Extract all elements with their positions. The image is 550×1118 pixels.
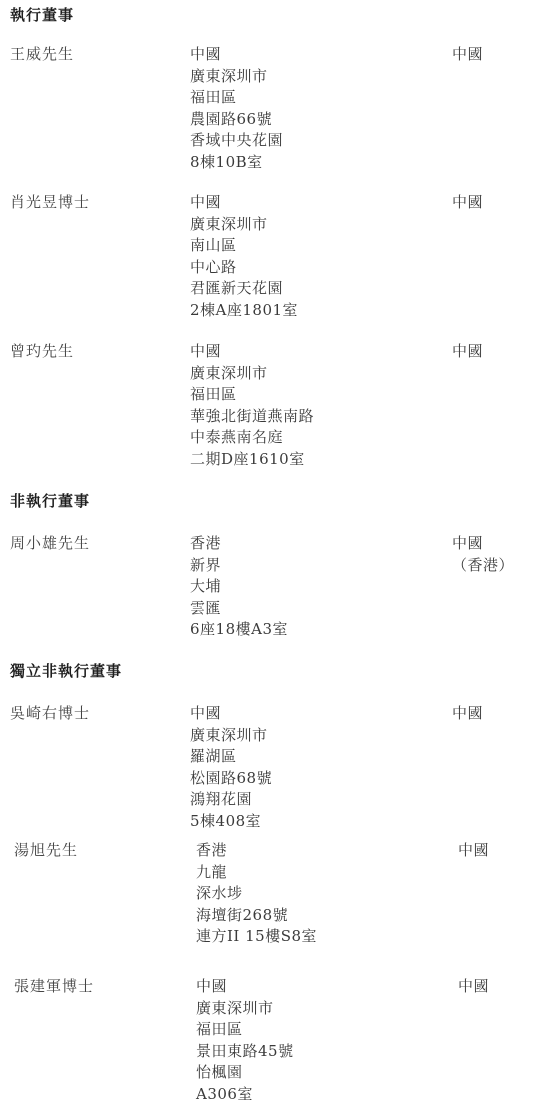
nationality-line: 中國 xyxy=(452,44,483,66)
address-line: 2棟A座1801室 xyxy=(190,300,298,322)
director-nationality: 中國 xyxy=(452,703,483,725)
address-line: 羅湖區 xyxy=(190,746,272,768)
director-nationality: 中國 xyxy=(452,44,483,66)
address-line: 香港 xyxy=(196,840,317,862)
director-name: 張建軍博士 xyxy=(14,976,94,998)
director-nationality: 中國 （香港） xyxy=(452,533,514,576)
director-name: 吳崎右博士 xyxy=(10,703,90,725)
address-line: 中國 xyxy=(190,192,298,214)
director-address: 中國 廣東深圳市 福田區 景田東路45號 怡楓園 A306室 xyxy=(196,976,294,1105)
address-line: 深水埗 xyxy=(196,883,317,905)
director-address: 中國 廣東深圳市 羅湖區 松園路68號 鴻翔花園 5棟408室 xyxy=(190,703,272,832)
address-line: 6座18樓A3室 xyxy=(190,619,288,641)
director-nationality: 中國 xyxy=(458,976,489,998)
director-name: 湯旭先生 xyxy=(14,840,78,862)
nationality-line: 中國 xyxy=(458,976,489,998)
address-line: 中國 xyxy=(196,976,294,998)
address-line: 中泰燕南名庭 xyxy=(190,427,314,449)
address-line: 8棟10B室 xyxy=(190,152,283,174)
address-line: 大埔 xyxy=(190,576,288,598)
director-address: 香港 九龍 深水埗 海壇街268號 連方II 15樓S8室 xyxy=(196,840,317,948)
address-line: 南山區 xyxy=(190,235,298,257)
address-line: 中心路 xyxy=(190,257,298,279)
director-name: 曾玓先生 xyxy=(10,341,74,363)
director-nationality: 中國 xyxy=(452,341,483,363)
address-line: 廣東深圳市 xyxy=(190,363,314,385)
address-line: 中國 xyxy=(190,341,314,363)
address-line: 中國 xyxy=(190,44,283,66)
directors-address-document: 執行董事 王威先生 中國 廣東深圳市 福田區 農園路66號 香域中央花園 8棟1… xyxy=(0,0,550,1118)
nationality-line: 中國 xyxy=(458,840,489,862)
nationality-line: 中國 xyxy=(452,703,483,725)
address-line: 廣東深圳市 xyxy=(190,214,298,236)
nationality-line: 中國 xyxy=(452,341,483,363)
director-name: 周小雄先生 xyxy=(10,533,90,555)
director-address: 中國 廣東深圳市 福田區 農園路66號 香域中央花園 8棟10B室 xyxy=(190,44,283,173)
address-line: 景田東路45號 xyxy=(196,1041,294,1063)
address-line: 君匯新天花園 xyxy=(190,278,298,300)
address-line: 廣東深圳市 xyxy=(190,725,272,747)
director-name: 王威先生 xyxy=(10,44,74,66)
address-line: 福田區 xyxy=(196,1019,294,1041)
director-nationality: 中國 xyxy=(458,840,489,862)
section-heading-executive-directors: 執行董事 xyxy=(10,5,74,25)
address-line: A306室 xyxy=(196,1084,294,1106)
address-line: 怡楓園 xyxy=(196,1062,294,1084)
nationality-line: 中國 xyxy=(452,192,483,214)
address-line: 九龍 xyxy=(196,862,317,884)
section-heading-independent-non-executive-directors: 獨立非執行董事 xyxy=(10,661,122,681)
address-line: 海壇街268號 xyxy=(196,905,317,927)
address-line: 新界 xyxy=(190,555,288,577)
section-heading-non-executive-directors: 非執行董事 xyxy=(10,491,90,511)
address-line: 連方II 15樓S8室 xyxy=(196,926,317,948)
address-line: 松園路68號 xyxy=(190,768,272,790)
address-line: 二期D座1610室 xyxy=(190,449,314,471)
address-line: 香域中央花園 xyxy=(190,130,283,152)
address-line: 廣東深圳市 xyxy=(196,998,294,1020)
address-line: 農園路66號 xyxy=(190,109,283,131)
director-nationality: 中國 xyxy=(452,192,483,214)
director-address: 香港 新界 大埔 雲匯 6座18樓A3室 xyxy=(190,533,288,641)
address-line: 鴻翔花園 xyxy=(190,789,272,811)
address-line: 華強北街道燕南路 xyxy=(190,406,314,428)
address-line: 雲匯 xyxy=(190,598,288,620)
director-name: 肖光昱博士 xyxy=(10,192,90,214)
nationality-line: （香港） xyxy=(452,555,514,577)
address-line: 香港 xyxy=(190,533,288,555)
director-address: 中國 廣東深圳市 南山區 中心路 君匯新天花園 2棟A座1801室 xyxy=(190,192,298,321)
address-line: 福田區 xyxy=(190,87,283,109)
director-address: 中國 廣東深圳市 福田區 華強北街道燕南路 中泰燕南名庭 二期D座1610室 xyxy=(190,341,314,470)
address-line: 福田區 xyxy=(190,384,314,406)
address-line: 廣東深圳市 xyxy=(190,66,283,88)
nationality-line: 中國 xyxy=(452,533,514,555)
address-line: 中國 xyxy=(190,703,272,725)
address-line: 5棟408室 xyxy=(190,811,272,833)
